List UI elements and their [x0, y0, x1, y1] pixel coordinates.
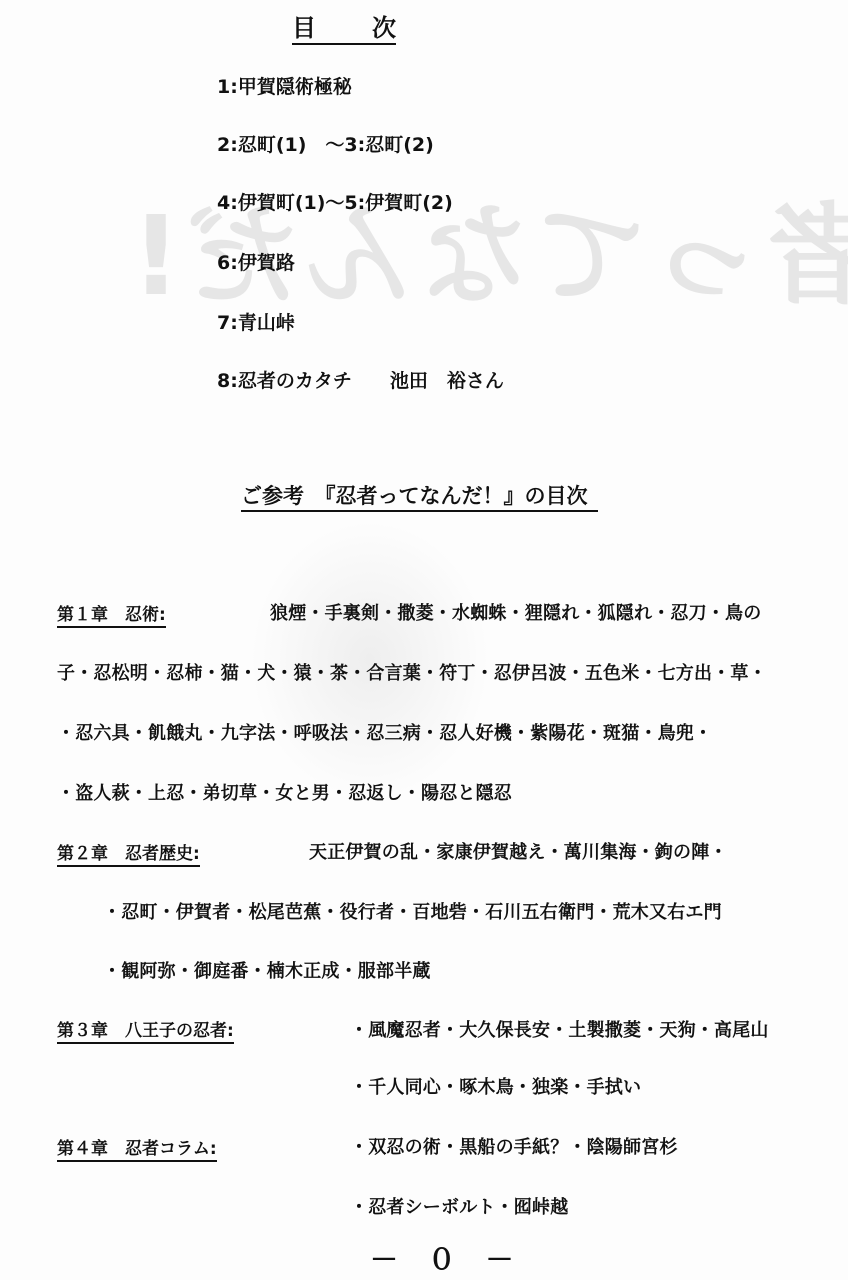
chapter-1-line: ・忍六具・飢餓丸・九字法・呼吸法・忍三病・忍人好機・紫陽花・斑猫・鳥兜・: [57, 719, 712, 745]
page-number: － ０ －: [370, 1238, 524, 1278]
chapter-3-line: ・千人同心・啄木鳥・独楽・手拭い: [350, 1073, 641, 1099]
chapter-3-line: ・風魔忍者・大久保長安・土製撒菱・天狗・高尾山: [350, 1016, 769, 1042]
chapter-2-line: 天正伊賀の乱・家康伊賀越え・萬川集海・鉤の陣・: [309, 838, 728, 864]
chapter-1-line: ・盗人萩・上忍・弟切草・女と男・忍返し・陽忍と隠忍: [57, 779, 512, 805]
chapter-4-line: ・忍者シーボルト・囮峠越: [350, 1193, 568, 1219]
toc-item: 1:甲賀隠術極秘: [217, 72, 352, 99]
toc-title-right: 次: [372, 8, 396, 43]
toc-item: 6:伊賀路: [217, 248, 295, 275]
chapter-4-label: 第４章 忍者コラム:: [57, 1134, 217, 1162]
chapter-1-line: 子・忍松明・忍柿・猫・犬・猿・茶・合言葉・符丁・忍伊呂波・五色米・七方出・草・: [57, 659, 767, 685]
toc-title-left: 目: [292, 8, 316, 43]
chapter-4-line: ・双忍の術・黒船の手紙？・陰陽師宮杉: [350, 1133, 678, 1159]
reference-title: ご参考 『忍者ってなんだ！』の目次: [241, 480, 598, 512]
chapter-3-label: 第３章 八王子の忍者:: [57, 1016, 234, 1044]
toc-item: 4:伊賀町(1)～5:伊賀町(2): [217, 188, 453, 215]
chapter-1-line: 狼煙・手裏剣・撒菱・水蜘蛛・狸隠れ・狐隠れ・忍刀・鳥の: [270, 599, 761, 625]
toc-item: 2:忍町(1) ～3:忍町(2): [217, 130, 434, 157]
toc-title: 目 次: [292, 8, 396, 45]
chapter-2-line: ・観阿弥・御庭番・楠木正成・服部半蔵: [103, 957, 431, 983]
chapter-2-line: ・忍町・伊賀者・松尾芭蕉・役行者・百地砦・石川五右衛門・荒木又右エ門: [103, 898, 722, 924]
toc-item: 8:忍者のカタチ 池田 裕さん: [217, 366, 504, 393]
toc-item: 7:青山峠: [217, 308, 295, 335]
chapter-2-label: 第２章 忍者歴史:: [57, 839, 200, 867]
chapter-1-label: 第１章 忍術:: [57, 600, 166, 628]
